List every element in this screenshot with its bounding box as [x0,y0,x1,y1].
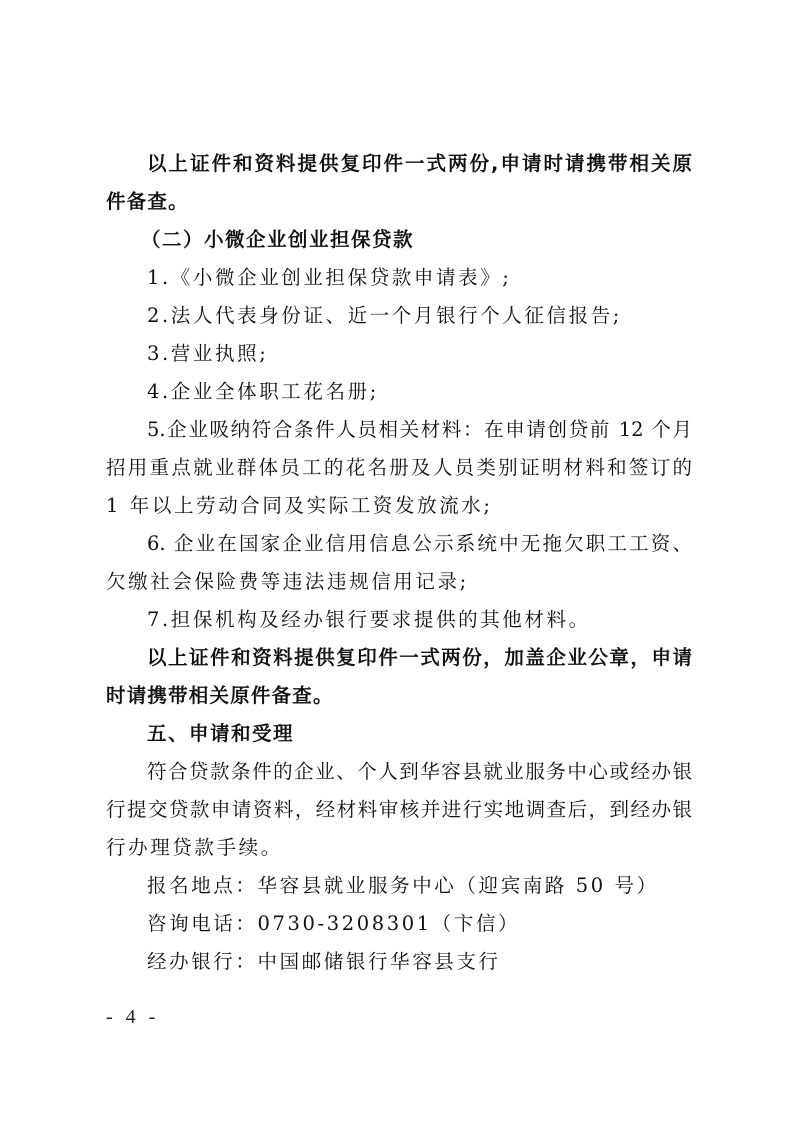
paragraph-application-line-1: 符合贷款条件的企业、个人到华容县就业服务中心或经办银 [147,757,692,787]
list-item-6-line-1: 6. 企业在国家企业信用信息公示系统中无拖欠职工工资、 [147,529,692,559]
list-item-3: 3.营业执照; [147,339,692,369]
paragraph-copies-seal-note-line-2: 时请携带相关原件备查。 [106,681,692,711]
list-item-5-line-3: 1 年以上劳动合同及实际工资发放流水; [106,491,692,521]
document-page: 以上证件和资料提供复印件一式两份,申请时请携带相关原 件备查。 （二）小微企业创… [0,0,793,1122]
handling-bank: 经办银行：中国邮储银行华容县支行 [147,947,692,977]
list-item-2: 2.法人代表身份证、近一个月银行个人征信报告; [147,301,692,331]
list-item-4: 4.企业全体职工花名册; [147,377,692,407]
list-item-1: 1.《小微企业创业担保贷款申请表》; [147,263,692,293]
paragraph-copies-note-line-1: 以上证件和资料提供复印件一式两份,申请时请携带相关原 [147,149,692,179]
list-item-5-line-2: 招用重点就业群体员工的花名册及人员类别证明材料和签订的 [106,453,692,483]
page-number: - 4 - [106,1006,159,1029]
consultation-phone: 咨询电话：0730-3208301（卞信） [147,909,692,939]
paragraph-application-line-2: 行提交贷款申请资料，经材料审核并进行实地调查后，到经办银 [106,795,692,825]
list-item-7: 7.担保机构及经办银行要求提供的其他材料。 [147,605,692,635]
list-item-6-line-2: 欠缴社会保险费等违法违规信用记录; [106,567,692,597]
list-item-5-line-1: 5.企业吸纳符合条件人员相关材料：在申请创贷前 12 个月 [147,415,692,445]
registration-location: 报名地点：华容县就业服务中心（迎宾南路 50 号） [147,871,692,901]
paragraph-application-line-3: 行办理贷款手续。 [106,833,692,863]
section-heading-application: 五、申请和受理 [147,719,692,749]
section-heading-small-micro-loan: （二）小微企业创业担保贷款 [141,225,686,255]
paragraph-copies-seal-note-line-1: 以上证件和资料提供复印件一式两份，加盖企业公章，申请 [147,643,692,673]
paragraph-copies-note-line-2: 件备查。 [106,187,692,217]
